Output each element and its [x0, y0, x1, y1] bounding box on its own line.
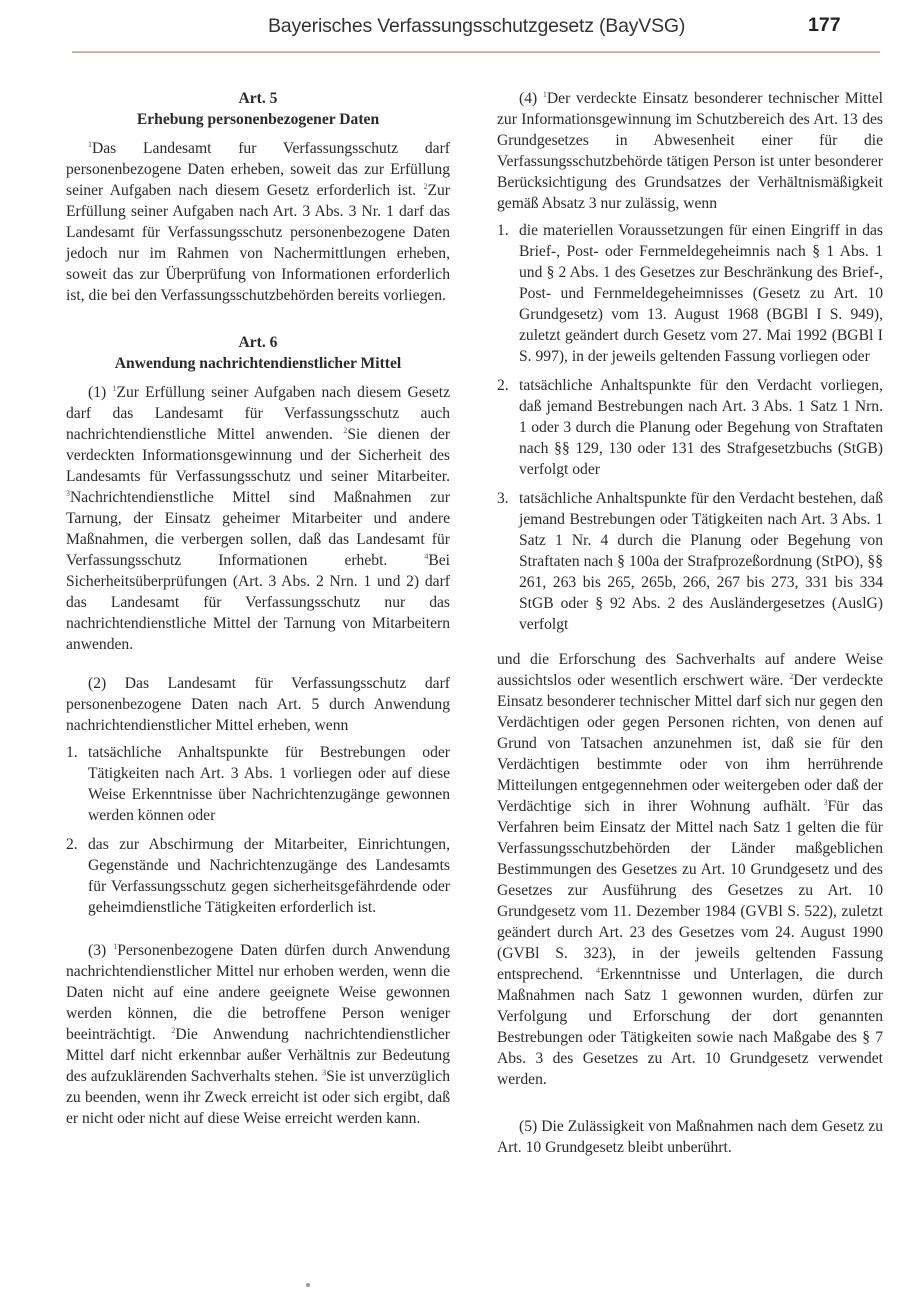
spacer: [497, 1108, 883, 1116]
left-column: Art. 5 Erhebung personenbezogener Daten …: [66, 88, 450, 1147]
right-column: (4) 1Der verdeckte Einsatz besonderer te…: [497, 88, 883, 1176]
article-5-number: Art. 5: [66, 88, 450, 109]
article-6-number: Art. 6: [66, 332, 450, 353]
scan-speck: [306, 1283, 310, 1287]
list-item: 2.das zur Abschirmung der Mitarbeiter, E…: [66, 834, 450, 918]
list-number: 3.: [497, 488, 509, 509]
paragraph-4-continuation: und die Erforschung des Sachverhalts auf…: [497, 649, 883, 1090]
spacer: [66, 374, 450, 382]
paragraph-label: (4): [519, 90, 537, 107]
list-text: tatsächliche Anhaltspunkte für den Verda…: [519, 377, 883, 478]
list-text: tatsächliche Anhaltspunkte für den Verda…: [519, 490, 883, 633]
paragraph-1: (1) 1Zur Erfüllung seiner Aufgaben nach …: [66, 382, 450, 655]
header-rule: [72, 51, 880, 53]
list-number: 1.: [66, 742, 78, 763]
paragraph-3: (3) 1Personenbezogene Daten dürfen durch…: [66, 940, 450, 1129]
page-number: 177: [808, 14, 841, 37]
paragraph-2-list: 1.tatsächliche Anhaltspunkte für Bestreb…: [66, 742, 450, 918]
list-number: 2.: [66, 834, 78, 855]
list-text: das zur Abschirmung der Mitarbeiter, Ein…: [88, 836, 450, 916]
list-item: 1.tatsächliche Anhaltspunkte für Bestreb…: [66, 742, 450, 826]
sentence: Der verdeckte Einsatz besonderer technis…: [497, 672, 883, 815]
spacer: [66, 932, 450, 940]
paragraph-label: (3): [88, 942, 106, 959]
article-5: Art. 5 Erhebung personenbezogener Daten …: [66, 88, 450, 306]
sentence: Erkenntnisse und Unterlagen, die durch M…: [497, 966, 883, 1088]
spacer: [66, 324, 450, 332]
paragraph-4-intro: (4) 1Der verdeckte Einsatz besonderer te…: [497, 88, 883, 214]
sentence: Nachrichtendienstliche Mittel sind Maßna…: [66, 489, 450, 569]
paragraph-5: (5) Die Zulässigkeit von Maßnahmen nach …: [497, 1116, 883, 1158]
list-number: 2.: [497, 375, 509, 396]
sentence: Für das Verfahren beim Einsatz der Mitte…: [497, 798, 883, 983]
running-title: Bayerisches Verfassungsschutzgesetz (Bay…: [268, 15, 685, 38]
sentence: Zur Erfüllung seiner Aufgaben nach Art. …: [66, 182, 450, 304]
article-6: Art. 6 Anwendung nachrichtendienstlicher…: [66, 324, 450, 1129]
paragraph-label: (1): [88, 384, 106, 401]
sentence: Der verdeckte Einsatz besonderer technis…: [497, 90, 883, 212]
list-text: tatsächliche Anhaltspunkte für Bestrebun…: [88, 744, 450, 824]
list-item: 1.die materiellen Voraussetzungen für ei…: [497, 220, 883, 367]
paragraph-2-intro: (2) Das Landesamt für Verfassungsschutz …: [66, 673, 450, 736]
paragraph-4-list: 1.die materiellen Voraussetzungen für ei…: [497, 220, 883, 635]
article-5-text: 1Das Landesamt fur Verfassungsschutz dar…: [66, 138, 450, 306]
list-item: 3.tatsächliche Anhaltspunkte für den Ver…: [497, 488, 883, 635]
list-item: 2.tatsächliche Anhaltspunkte für den Ver…: [497, 375, 883, 480]
article-6-title: Anwendung nachrichtendienstlicher Mittel: [66, 353, 450, 374]
list-number: 1.: [497, 220, 509, 241]
sentence: Das Landesamt fur Verfassungsschutz darf…: [66, 140, 450, 199]
spacer: [66, 130, 450, 138]
article-5-title: Erhebung personenbezogener Daten: [66, 109, 450, 130]
page-header: Bayerisches Verfassungsschutzgesetz (Bay…: [0, 0, 900, 60]
list-text: die materiellen Voraussetzungen für eine…: [519, 222, 883, 365]
